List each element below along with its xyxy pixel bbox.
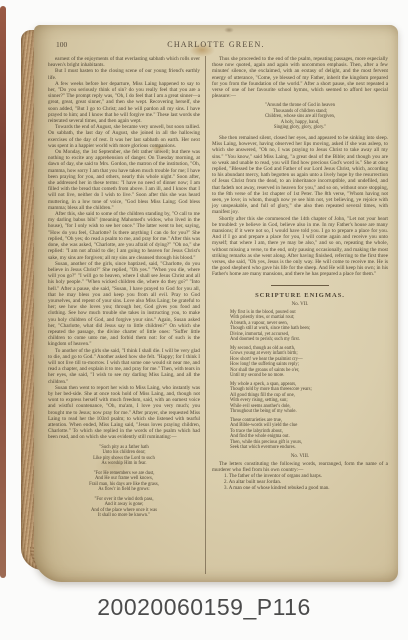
running-title: CHARLOTTE GREEN. — [34, 40, 398, 49]
book-page: 100 CHARLOTTE GREEN. earnest of the enjo… — [34, 25, 398, 582]
page-header: 100 CHARLOTTE GREEN. — [34, 40, 398, 52]
paragraph: Towards the end of August, she became ve… — [48, 124, 200, 149]
paragraph: But I must hasten to the closing scene o… — [48, 68, 200, 80]
paragraph: Shortly after this she commenced the 14t… — [212, 216, 388, 278]
paragraph: Susan then went to report her wish to Mi… — [48, 385, 200, 441]
enigma-stanza: My first is in the blood, poured out Wit… — [230, 310, 388, 343]
paragraph: After this, she said to some of the chil… — [48, 211, 200, 261]
section-heading: SCRIPTURE ENIGMAS. — [212, 292, 388, 299]
paragraph: On Monday, the 1st September, she felt r… — [48, 149, 200, 211]
enigma-clue-item: 3. A man one of whose kindred rebuked a … — [224, 486, 388, 492]
psalm-verse: "For over it the wind doth pass, And it … — [48, 497, 200, 519]
paragraph: Thus she proceeded to the end of the psa… — [212, 56, 388, 99]
scan-photo-background: 100 CHARLOTTE GREEN. earnest of the enjo… — [0, 0, 408, 640]
paragraph: A few weeks before her departure, Miss L… — [48, 81, 200, 124]
hymn-verse: "Around the throne of God in heaven Thou… — [212, 103, 388, 131]
paragraph: To another of the girls she said, "I thi… — [48, 348, 200, 385]
paragraph: Susan, another of the girls, since bapti… — [48, 261, 200, 348]
enigma-number-viii: No. VIII. — [212, 454, 388, 459]
enigma-number-vii: No. VII. — [212, 302, 388, 307]
text-columns: earnest of the enjoyments of that everla… — [48, 56, 388, 574]
text-column-right: Thus she proceeded to the end of the psa… — [205, 56, 388, 574]
enigma-stanza: My second, though as old as earth, Grows… — [230, 346, 388, 379]
enigma-stanza: These contrarieties are true, And Bible-… — [230, 418, 388, 451]
text-column-left: earnest of the enjoyments of that everla… — [48, 56, 200, 574]
book-cover-edge — [0, 6, 6, 578]
enigma-intro: The letters constituting the following w… — [212, 461, 388, 473]
section-divider-rule — [271, 285, 329, 286]
paragraph: She then remained silent, closed her eye… — [212, 135, 388, 216]
paragraph: earnest of the enjoyments of that everla… — [48, 56, 200, 68]
psalm-verse: "For He remembers we are dust, And He ou… — [48, 471, 200, 493]
scan-label: 20020060159_P116 — [0, 594, 408, 621]
psalm-verse: "Such pity as a father hath Unto his chi… — [48, 445, 200, 467]
paper-stain — [224, 27, 234, 33]
enigma-stanza: My whole a speck, a span, appears, Thoug… — [230, 382, 388, 415]
